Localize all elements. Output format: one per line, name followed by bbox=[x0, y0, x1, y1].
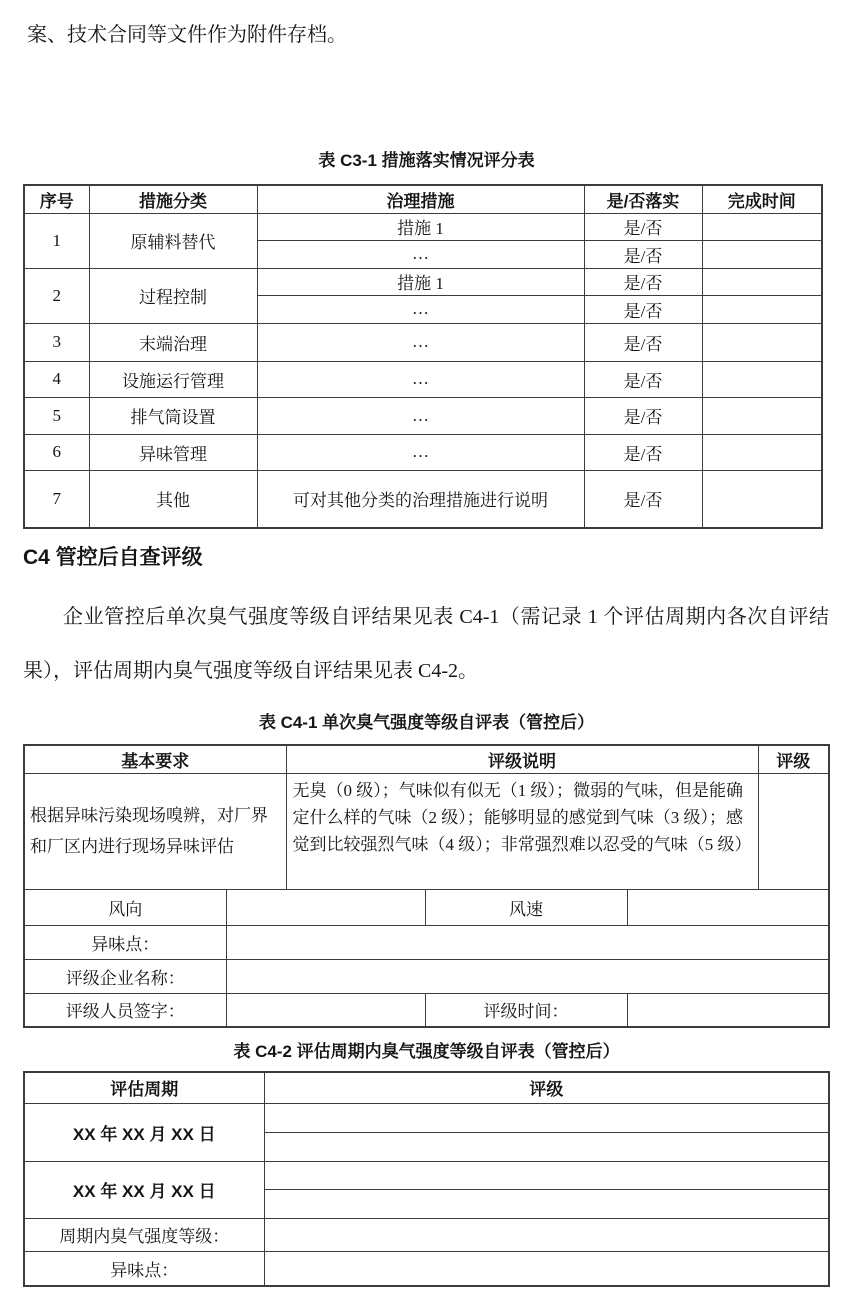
table-row: 评级人员签字： 评级时间： bbox=[24, 993, 829, 1027]
signer-value bbox=[226, 993, 425, 1027]
rating-scale-cell: 无臭（0 级）；气味似有似无（1 级）；微弱的气味，但是能确定什么样的气味（2 … bbox=[286, 773, 758, 889]
rating-time-value bbox=[627, 993, 829, 1027]
table-row: 7 其他 可对其他分类的治理措施进行说明 是/否 bbox=[24, 470, 822, 528]
yes-no-cell: 是/否 bbox=[584, 268, 702, 295]
finish-time-cell bbox=[702, 240, 822, 268]
table-row: 根据异味污染现场嗅辨，对厂界和厂区内进行现场异味评估 无臭（0 级）；气味似有似… bbox=[24, 773, 829, 889]
table-row: 周期内臭气强度等级： bbox=[24, 1218, 829, 1251]
col-header-category: 措施分类 bbox=[89, 185, 257, 213]
yes-no-cell: 是/否 bbox=[584, 361, 702, 397]
finish-time-cell bbox=[702, 434, 822, 470]
measure-cell: … bbox=[257, 397, 584, 434]
finish-time-cell bbox=[702, 213, 822, 240]
wind-direction-value bbox=[226, 889, 425, 925]
company-name-label: 评级企业名称： bbox=[24, 959, 226, 993]
odor-point-value bbox=[264, 1251, 829, 1286]
measure-cell: … bbox=[257, 434, 584, 470]
col-header-rating: 评级 bbox=[264, 1072, 829, 1103]
yes-no-cell: 是/否 bbox=[584, 397, 702, 434]
table-row: 风向 风速 bbox=[24, 889, 829, 925]
col-header-evaluation-period: 评估周期 bbox=[24, 1072, 264, 1103]
category-cell: 设施运行管理 bbox=[89, 361, 257, 397]
rating-cell bbox=[758, 773, 829, 889]
section-heading-c4: C4 管控后自查评级 bbox=[23, 541, 203, 571]
table-row: 4 设施运行管理 … 是/否 bbox=[24, 361, 822, 397]
rating-entry-cell bbox=[264, 1132, 829, 1161]
category-cell: 排气筒设置 bbox=[89, 397, 257, 434]
company-name-value bbox=[226, 959, 829, 993]
table-row: 异味点： bbox=[24, 1251, 829, 1286]
category-cell: 过程控制 bbox=[89, 268, 257, 323]
seq-cell: 3 bbox=[24, 323, 89, 361]
signer-label: 评级人员签字： bbox=[24, 993, 226, 1027]
requirement-cell: 根据异味污染现场嗅辨，对厂界和厂区内进行现场异味评估 bbox=[24, 773, 286, 889]
seq-cell: 6 bbox=[24, 434, 89, 470]
wind-speed-label: 风速 bbox=[425, 889, 627, 925]
seq-cell: 5 bbox=[24, 397, 89, 434]
finish-time-cell bbox=[702, 397, 822, 434]
table-row: 5 排气筒设置 … 是/否 bbox=[24, 397, 822, 434]
wind-speed-value bbox=[627, 889, 829, 925]
evaluation-date-cell: XX 年 XX 月 XX 日 bbox=[24, 1161, 264, 1218]
measure-cell: … bbox=[257, 361, 584, 397]
section-paragraph: 企业管控后单次臭气强度等级自评结果见表 C4-1（需记录 1 个评估周期内各次自… bbox=[23, 590, 829, 698]
seq-cell: 2 bbox=[24, 268, 89, 323]
finish-time-cell bbox=[702, 361, 822, 397]
period-level-value bbox=[264, 1218, 829, 1251]
table-c31: 序号 措施分类 治理措施 是/否落实 完成时间 1 原辅料替代 措施 1 是/否… bbox=[23, 184, 823, 529]
table-c41: 基本要求 评级说明 评级 根据异味污染现场嗅辨，对厂界和厂区内进行现场异味评估 … bbox=[23, 744, 830, 1028]
col-header-basic-requirement: 基本要求 bbox=[24, 745, 286, 773]
measure-cell: 措施 1 bbox=[257, 213, 584, 240]
table-c42-title: 表 C4-2 评估周期内臭气强度等级自评表（管控后） bbox=[0, 1037, 853, 1062]
rating-entry-cell bbox=[264, 1189, 829, 1218]
odor-point-label: 异味点： bbox=[24, 1251, 264, 1286]
table-row: 异味点： bbox=[24, 925, 829, 959]
table-c31-title: 表 C3-1 措施落实情况评分表 bbox=[0, 146, 853, 171]
table-row: 3 末端治理 … 是/否 bbox=[24, 323, 822, 361]
yes-no-cell: 是/否 bbox=[584, 295, 702, 323]
category-cell: 异味管理 bbox=[89, 434, 257, 470]
finish-time-cell bbox=[702, 268, 822, 295]
table-c42: 评估周期 评级 XX 年 XX 月 XX 日 XX 年 XX 月 XX 日 周期… bbox=[23, 1071, 830, 1287]
col-header-implemented: 是/否落实 bbox=[584, 185, 702, 213]
table-row: 评估周期 评级 bbox=[24, 1072, 829, 1103]
rating-entry-cell bbox=[264, 1103, 829, 1132]
col-header-measure: 治理措施 bbox=[257, 185, 584, 213]
period-level-label: 周期内臭气强度等级： bbox=[24, 1218, 264, 1251]
seq-cell: 7 bbox=[24, 470, 89, 528]
category-cell: 原辅料替代 bbox=[89, 213, 257, 268]
table-row: 基本要求 评级说明 评级 bbox=[24, 745, 829, 773]
yes-no-cell: 是/否 bbox=[584, 240, 702, 268]
seq-cell: 4 bbox=[24, 361, 89, 397]
measure-cell: … bbox=[257, 295, 584, 323]
finish-time-cell bbox=[702, 470, 822, 528]
table-row: 评级企业名称： bbox=[24, 959, 829, 993]
yes-no-cell: 是/否 bbox=[584, 323, 702, 361]
intro-paragraph: 案、技术合同等文件作为附件存档。 bbox=[27, 22, 827, 48]
table-row: XX 年 XX 月 XX 日 bbox=[24, 1161, 829, 1189]
evaluation-date-cell: XX 年 XX 月 XX 日 bbox=[24, 1103, 264, 1161]
measure-cell: … bbox=[257, 323, 584, 361]
seq-cell: 1 bbox=[24, 213, 89, 268]
document-page: 案、技术合同等文件作为附件存档。 表 C3-1 措施落实情况评分表 序号 措施分… bbox=[0, 0, 853, 1310]
yes-no-cell: 是/否 bbox=[584, 434, 702, 470]
category-cell: 其他 bbox=[89, 470, 257, 528]
col-header-finish-time: 完成时间 bbox=[702, 185, 822, 213]
table-row: 1 原辅料替代 措施 1 是/否 bbox=[24, 213, 822, 240]
category-cell: 末端治理 bbox=[89, 323, 257, 361]
col-header-seq: 序号 bbox=[24, 185, 89, 213]
finish-time-cell bbox=[702, 323, 822, 361]
table-row: XX 年 XX 月 XX 日 bbox=[24, 1103, 829, 1132]
col-header-rating: 评级 bbox=[758, 745, 829, 773]
rating-time-label: 评级时间： bbox=[425, 993, 627, 1027]
measure-cell: … bbox=[257, 240, 584, 268]
table-row: 序号 措施分类 治理措施 是/否落实 完成时间 bbox=[24, 185, 822, 213]
wind-direction-label: 风向 bbox=[24, 889, 226, 925]
odor-point-value bbox=[226, 925, 829, 959]
measure-cell: 可对其他分类的治理措施进行说明 bbox=[257, 470, 584, 528]
yes-no-cell: 是/否 bbox=[584, 470, 702, 528]
odor-point-label: 异味点： bbox=[24, 925, 226, 959]
rating-entry-cell bbox=[264, 1161, 829, 1189]
finish-time-cell bbox=[702, 295, 822, 323]
yes-no-cell: 是/否 bbox=[584, 213, 702, 240]
table-row: 2 过程控制 措施 1 是/否 bbox=[24, 268, 822, 295]
table-c41-title: 表 C4-1 单次臭气强度等级自评表（管控后） bbox=[0, 708, 853, 733]
table-row: 6 异味管理 … 是/否 bbox=[24, 434, 822, 470]
col-header-rating-description: 评级说明 bbox=[286, 745, 758, 773]
measure-cell: 措施 1 bbox=[257, 268, 584, 295]
